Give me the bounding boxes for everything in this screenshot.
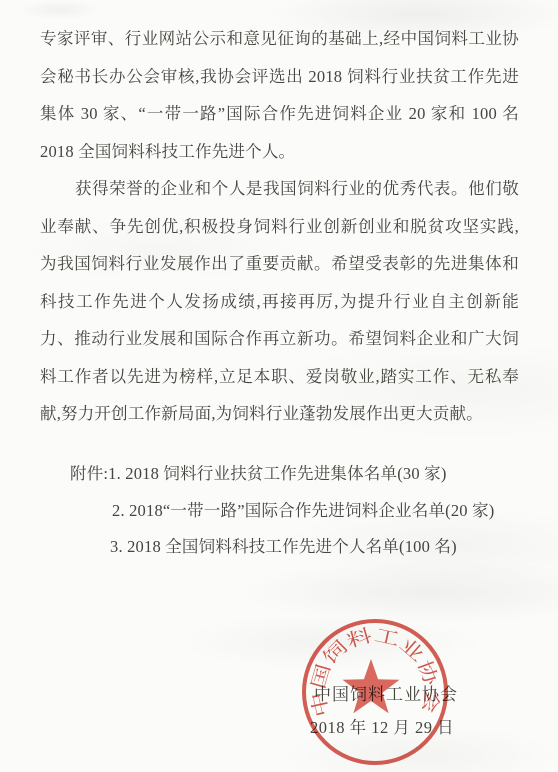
body-line: 2018 全国饲料科技工作先进个人。: [40, 133, 519, 171]
body-line: 集体 30 家、“一带一路”国际合作先进饲料企业 20 家和 100 名: [40, 95, 519, 133]
body-line: 获得荣誉的企业和个人是我国饲料行业的优秀代表。他们敬: [40, 170, 519, 208]
attachment-item-1: 附件:1. 2018 饲料行业扶贫工作先进集体名单(30 家): [70, 463, 447, 485]
body-line: 科技工作先进个人发扬成绩,再接再厉,为提升行业自主创新能: [40, 283, 519, 321]
attachment-item-3: 3. 2018 全国饲料科技工作先进个人名单(100 名): [110, 536, 457, 558]
body-line: 为我国饲料行业发展作出了重要贡献。希望受表彰的先进集体和: [40, 245, 519, 283]
document-page: 专家评审、行业网站公示和意见征询的基础上,经中国饲料工业协 会秘书长办公会审核,…: [0, 0, 558, 772]
star-icon: [343, 659, 400, 713]
body-line: 专家评审、行业网站公示和意见征询的基础上,经中国饲料工业协: [40, 20, 519, 58]
attachment-item-2: 2. 2018“一带一路”国际合作先进饲料企业名单(20 家): [112, 500, 494, 522]
body-line: 献,努力开创工作新局面,为饲料行业蓬勃发展作出更大贡献。: [40, 395, 519, 433]
body-line: 会秘书长办公会审核,我协会评选出 2018 饲料行业扶贫工作先进: [40, 58, 519, 96]
body-text: 专家评审、行业网站公示和意见征询的基础上,经中国饲料工业协 会秘书长办公会审核,…: [40, 20, 519, 433]
official-seal: 中国饲料工业协会: [298, 615, 452, 769]
body-line: 料工作者以先进为榜样,立足本职、爱岗敬业,踏实工作、无私奉: [40, 358, 519, 396]
body-line: 业奉献、争先创优,积极投身饲料行业创新创业和脱贫攻坚实践,: [40, 208, 519, 246]
body-line: 力、推动行业发展和国际合作再立新功。希望饲料企业和广大饲: [40, 320, 519, 358]
